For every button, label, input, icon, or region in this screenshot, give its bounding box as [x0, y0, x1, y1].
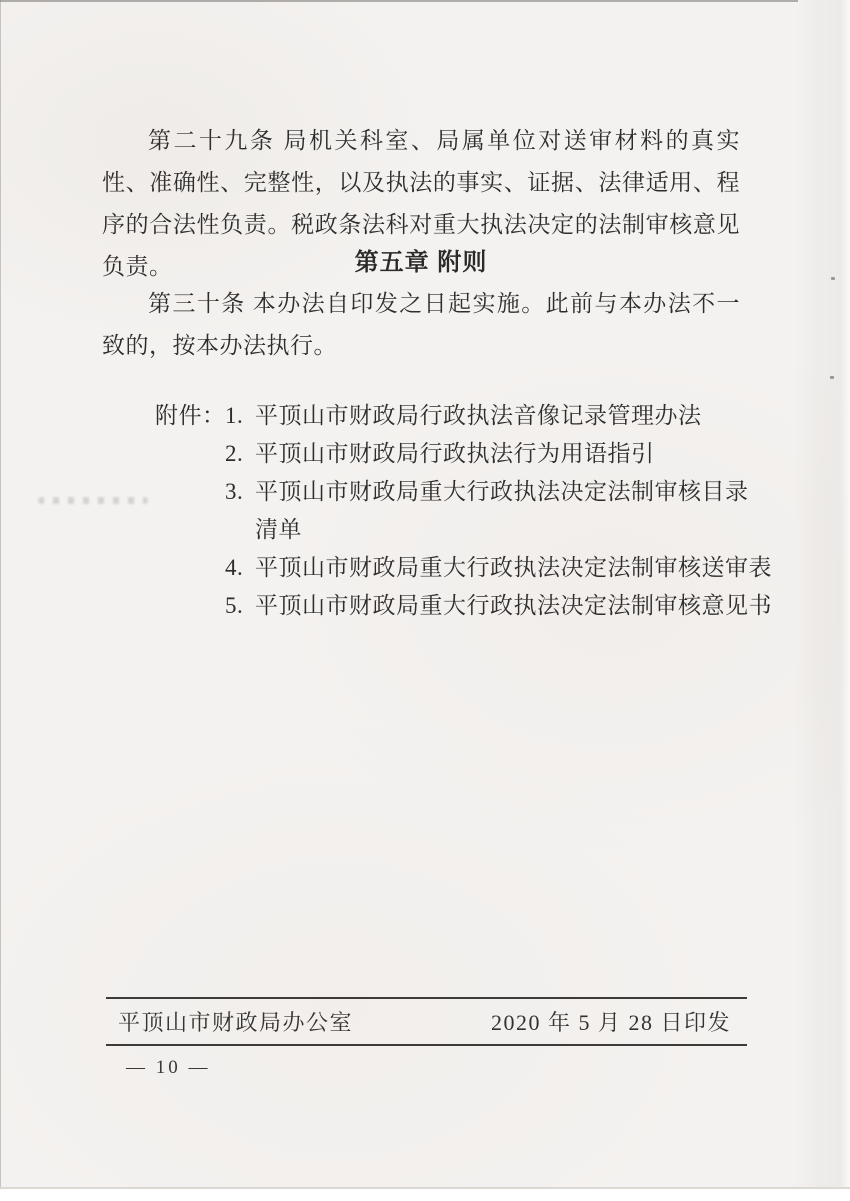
attachment-title: 平顶山市财政局重大行政执法决定法制审核目录 [255, 479, 749, 504]
scan-edge-left [0, 0, 1, 1187]
chapter-5-heading: 第五章 附则 [102, 246, 740, 280]
attachment-number: 1. [225, 397, 243, 435]
scanned-document-page: 第二十九条 局机关科室、局属单位对送审材料的真实性、准确性、完整性，以及执法的事… [0, 0, 850, 1201]
footer-row: 平顶山市财政局办公室 2020 年 5 月 28 日印发 [106, 1006, 747, 1040]
attachment-item-1: 1. 平顶山市财政局行政执法音像记录管理办法 [225, 397, 772, 435]
page-number: — 10 — [126, 1056, 211, 1080]
attachment-title: 平顶山市财政局行政执法音像记录管理办法 [255, 403, 702, 428]
scan-edge-top [0, 0, 798, 2]
attachment-item-3: 3. 平顶山市财政局重大行政执法决定法制审核目录 清单 [225, 473, 772, 549]
attachment-number: 5. [225, 587, 243, 625]
scan-speck [831, 277, 835, 280]
footer-rule-top [106, 997, 747, 999]
attachment-title: 平顶山市财政局行政执法行为用语指引 [255, 441, 655, 466]
attachment-title-wrap: 清单 [255, 511, 772, 549]
attachment-number: 2. [225, 435, 243, 473]
scan-edge-bottom [0, 1187, 850, 1201]
attachment-title: 平顶山市财政局重大行政执法决定法制审核意见书 [255, 593, 772, 618]
attachments-list: 1. 平顶山市财政局行政执法音像记录管理办法 2. 平顶山市财政局行政执法行为用… [225, 397, 772, 625]
scan-speck [830, 376, 834, 379]
attachment-title: 平顶山市财政局重大行政执法决定法制审核送审表 [255, 555, 772, 580]
attachment-item-5: 5. 平顶山市财政局重大行政执法决定法制审核意见书 [225, 587, 772, 625]
issuing-office: 平顶山市财政局办公室 [118, 1006, 353, 1040]
scan-shade-right [794, 0, 850, 1187]
article-30-paragraph: 第三十条 本办法自印发之日起实施。此前与本办法不一致的，按本办法执行。 [102, 283, 740, 367]
attachment-number: 4. [225, 549, 243, 587]
scan-smudge-artifact [38, 497, 148, 504]
attachment-item-4: 4. 平顶山市财政局重大行政执法决定法制审核送审表 [225, 549, 772, 587]
footer-rule-bottom [106, 1044, 747, 1046]
attachment-item-2: 2. 平顶山市财政局行政执法行为用语指引 [225, 435, 772, 473]
attachment-number: 3. [225, 473, 243, 511]
attachments-label: 附件： [155, 397, 226, 435]
print-date: 2020 年 5 月 28 日印发 [491, 1006, 731, 1040]
